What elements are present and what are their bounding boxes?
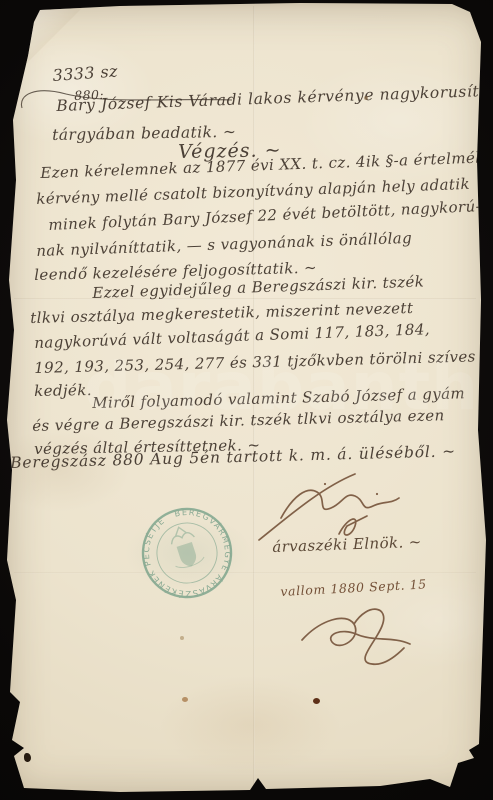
- edge-tear-mark: [24, 753, 31, 762]
- stamp-coat-of-arms: [177, 542, 199, 569]
- handwritten-line: kedjék.: [34, 381, 92, 400]
- official-stamp: BEREGVÁRMEGYE ÁRVASZÉKÉNEK PECSÉTJE: [134, 500, 240, 606]
- handwritten-line: nak nyilváníttatik, — s vagyonának is ön…: [36, 229, 412, 260]
- seen-note: vallom 1880 Sept. 15: [280, 576, 427, 599]
- signature-role-line: árvaszéki Elnök. ~: [272, 533, 422, 556]
- handwritten-line: 192, 193, 253, 254, 277 és 331 tjzőkvben…: [34, 347, 476, 377]
- paper-sheet: 3333 sz 880: Bary József Kis Váradi lako…: [0, 0, 493, 800]
- foxing-spot: [180, 636, 184, 640]
- folded-corner: [24, 8, 82, 66]
- clerk-signature: [296, 600, 428, 670]
- foxing-spot: [182, 697, 188, 702]
- crease-line: [14, 572, 476, 574]
- foxing-spot: [313, 698, 320, 704]
- document-photo: 3333 sz 880: Bary József Kis Váradi lako…: [0, 0, 493, 800]
